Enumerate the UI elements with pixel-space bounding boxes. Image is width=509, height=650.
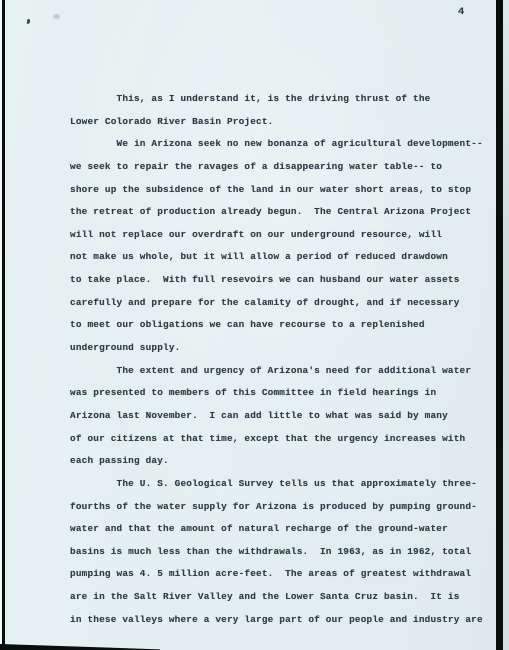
- scanned-page: 4 This, as I understand it, is the drivi…: [0, 0, 509, 650]
- text-line: This, as I understand it, is the driving…: [70, 88, 480, 111]
- text-line: of our citizens at that time, except tha…: [70, 428, 480, 451]
- text-line: shore up the subsidence of the land in o…: [70, 179, 480, 202]
- text-line: was presented to members of this Committ…: [70, 382, 480, 405]
- text-line: each passing day.: [70, 450, 480, 473]
- text-line: to meet our obligations we can have reco…: [70, 314, 480, 337]
- scan-edge-right-strip: [503, 0, 509, 650]
- text-line: not make us whole, but it will allow a p…: [70, 246, 480, 269]
- text-line: We in Arizona seek no new bonanza of agr…: [70, 133, 480, 156]
- text-line: carefully and prepare for the calamity o…: [70, 292, 480, 315]
- dust-smudge: [53, 14, 60, 19]
- ink-speck: [27, 19, 31, 25]
- text-line: in these valleys where a very large part…: [70, 609, 480, 632]
- page-number: 4: [458, 6, 464, 18]
- text-line: basins is much less than the withdrawals…: [70, 541, 480, 564]
- text-line: water and that the amount of natural rec…: [70, 518, 480, 541]
- text-line: fourths of the water supply for Arizona …: [70, 496, 480, 519]
- scan-corner-shadow: [0, 642, 160, 650]
- text-line: underground supply.: [70, 337, 480, 360]
- text-line: to take place. With full resevoirs we ca…: [70, 269, 480, 292]
- body-text: This, as I understand it, is the driving…: [70, 88, 480, 631]
- text-line: The extent and urgency of Arizona's need…: [70, 360, 480, 383]
- text-line: we seek to repair the ravages of a disap…: [70, 156, 480, 179]
- text-line: The U. S. Geological Survey tells us tha…: [70, 473, 480, 496]
- text-line: the retreat of production already begun.…: [70, 201, 480, 224]
- text-line: are in the Salt River Valley and the Low…: [70, 586, 480, 609]
- text-line: will not replace our overdraft on our un…: [70, 224, 480, 247]
- text-line: pumping was 4. 5 million acre-feet. The …: [70, 563, 480, 586]
- scan-edge-left-black: [2, 0, 5, 650]
- text-line: Arizona last November. I can add little …: [70, 405, 480, 428]
- scan-edge-right-black: [496, 0, 503, 650]
- text-line: Lower Colorado River Basin Project.: [70, 111, 480, 134]
